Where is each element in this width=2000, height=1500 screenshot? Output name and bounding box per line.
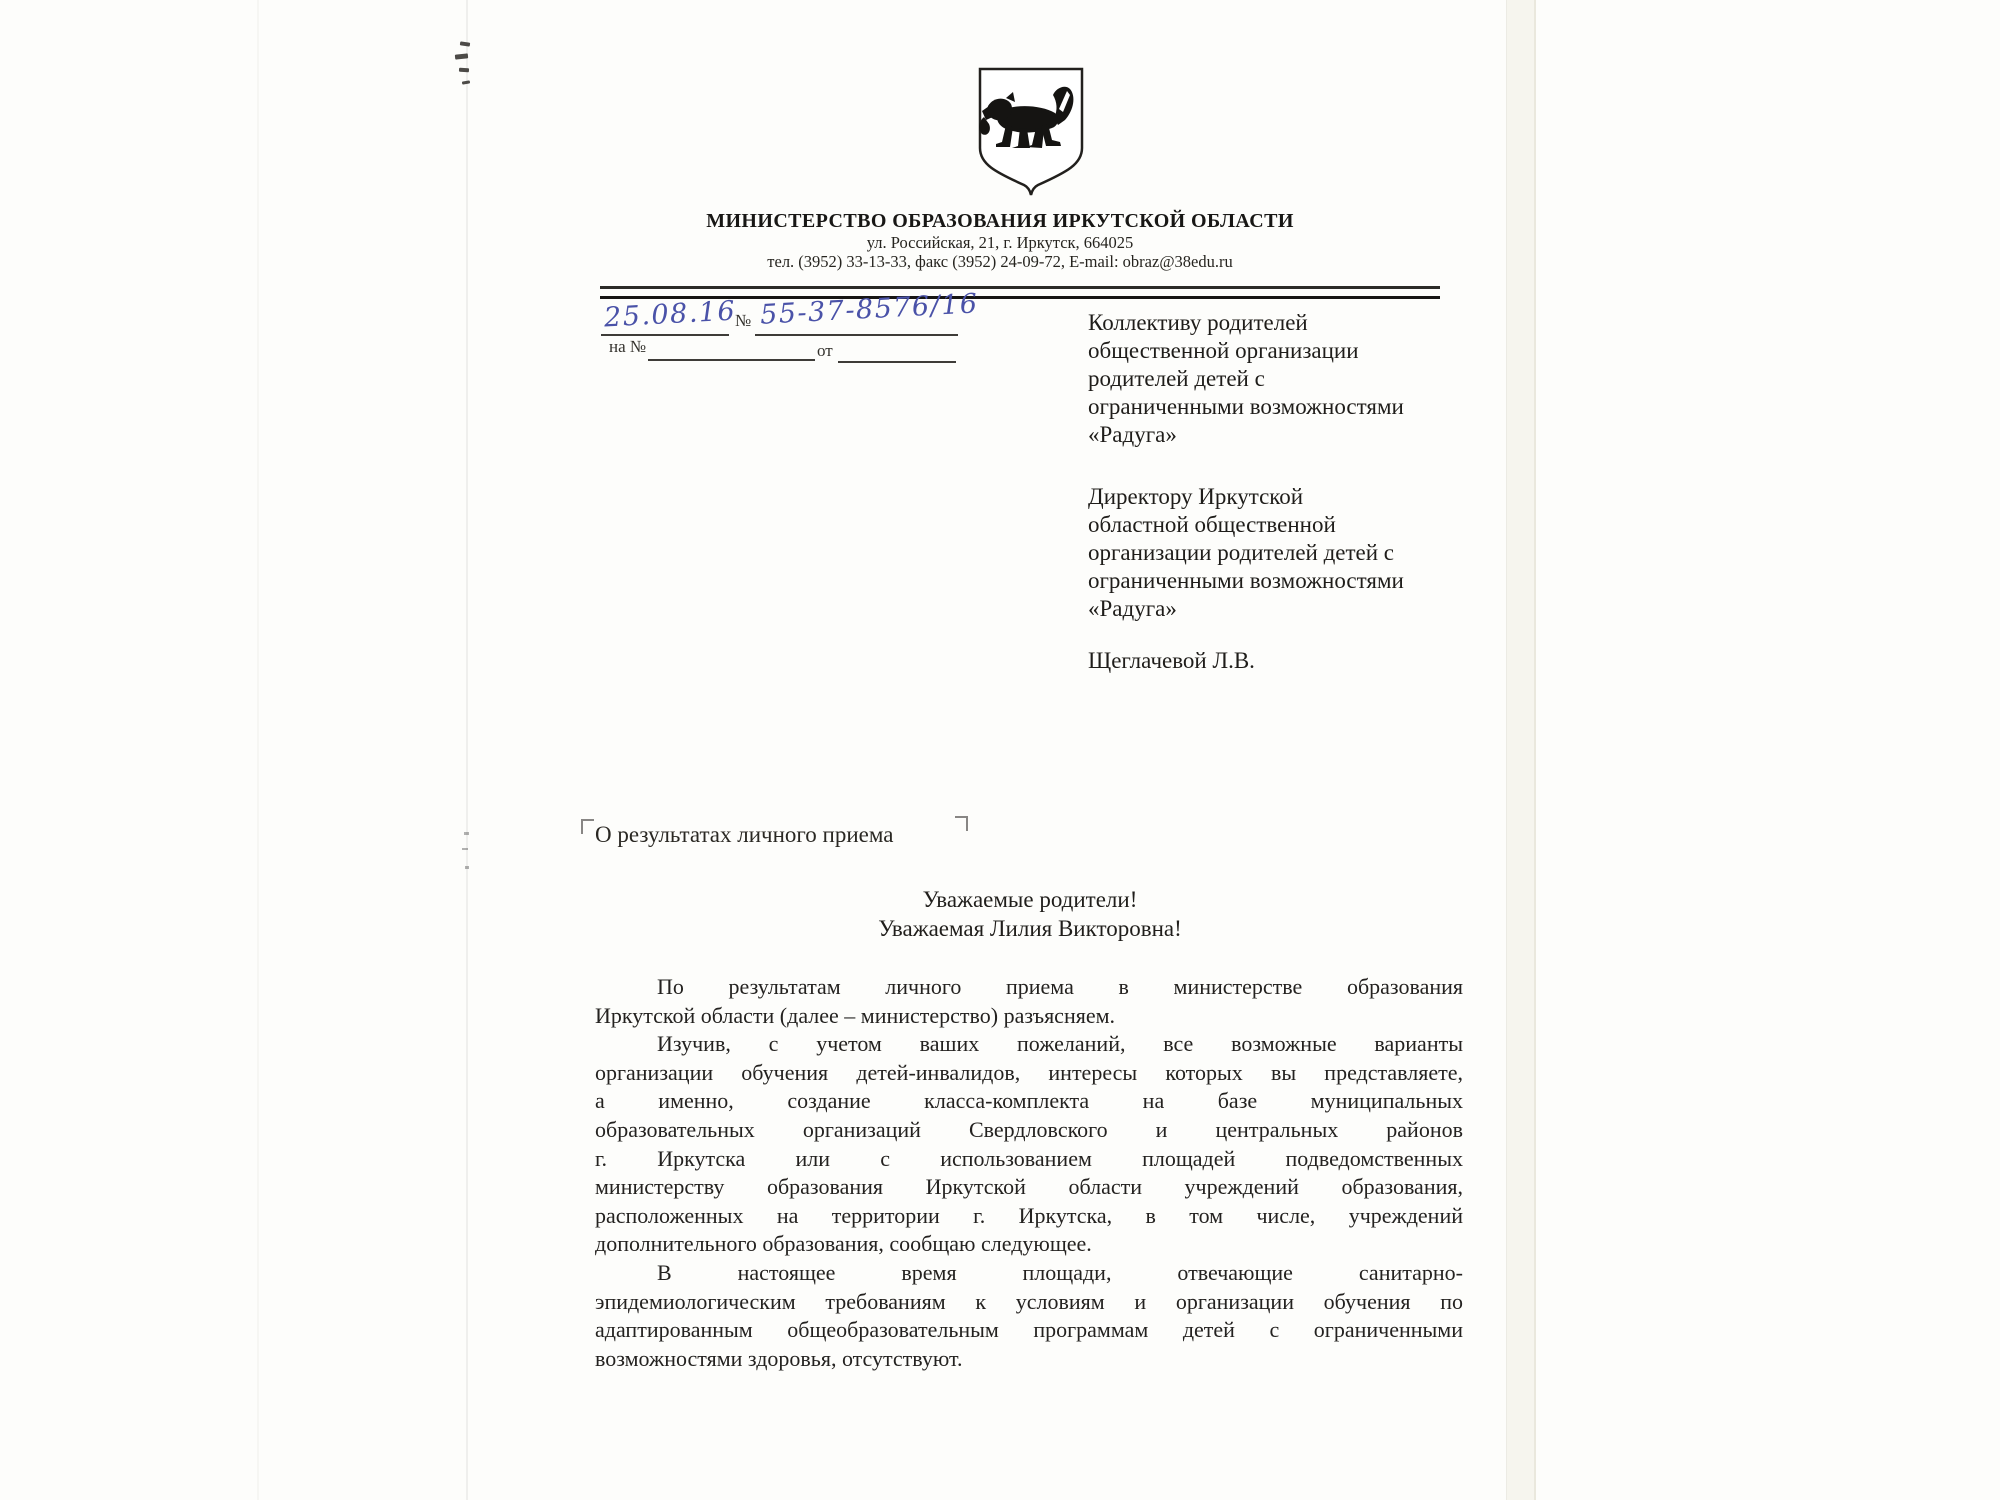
text-line: образовательных организаций Свердловског… <box>595 1116 1463 1145</box>
letterhead-contacts: тел. (3952) 33-13-33, факс (3952) 24-09-… <box>560 253 1440 272</box>
text-line: «Радуга» <box>1088 595 1448 623</box>
staple-mark <box>462 80 470 84</box>
subject-line: О результатах личного приема <box>595 822 893 848</box>
staple-mark <box>459 68 469 73</box>
corner-mark-left-icon <box>581 819 594 834</box>
irkutsk-coat-of-arms-babr-icon <box>968 62 1094 202</box>
letterhead-address: ул. Российская, 21, г. Иркутск, 664025 <box>560 234 1440 253</box>
scan-speck <box>462 848 468 850</box>
salutation-line-director: Уважаемая Лилия Викторовна! <box>595 914 1465 943</box>
staple-mark <box>460 41 470 46</box>
ministry-name: МИНИСТЕРСТВО ОБРАЗОВАНИЯ ИРКУТСКОЙ ОБЛАС… <box>560 208 1440 234</box>
addressee-name: Щеглачевой Л.В. <box>1088 648 1255 674</box>
text-line: общественной организации <box>1088 337 1448 365</box>
text-line: По результатам личного приема в министер… <box>595 973 1463 1002</box>
scanned-letter-page: МИНИСТЕРСТВО ОБРАЗОВАНИЯ ИРКУТСКОЙ ОБЛАС… <box>0 0 2000 1500</box>
text-line: В настоящее время площади, отвечающие са… <box>595 1259 1463 1288</box>
number-sign-label: № <box>735 311 751 331</box>
text-line: ограниченными возможностями <box>1088 567 1448 595</box>
reply-number-underline <box>648 338 815 361</box>
text-line: возможностями здоровья, отсутствуют. <box>595 1345 1463 1374</box>
text-line: Изучив, с учетом ваших пожеланий, все во… <box>595 1030 1463 1059</box>
text-line: эпидемиологическим требованиям к условия… <box>595 1288 1463 1317</box>
letterhead: МИНИСТЕРСТВО ОБРАЗОВАНИЯ ИРКУТСКОЙ ОБЛАС… <box>560 208 1440 271</box>
text-line: адаптированным общеобразовательным прогр… <box>595 1316 1463 1345</box>
fold-crease <box>466 0 468 1500</box>
salutation: Уважаемые родители! Уважаемая Лилия Викт… <box>595 885 1465 943</box>
text-line: «Радуга» <box>1088 421 1448 449</box>
text-line: организации обучения детей-инвалидов, ин… <box>595 1059 1463 1088</box>
scan-speck <box>465 866 469 869</box>
text-line: расположенных на территории г. Иркутска,… <box>595 1202 1463 1231</box>
subject-text: О результатах личного приема <box>595 822 893 847</box>
recipient-block-parents-collective: Коллективу родителейобщественной организ… <box>1088 309 1448 449</box>
text-line: министерству образования Иркутской облас… <box>595 1173 1463 1202</box>
text-line: а именно, создание класса-комплекта на б… <box>595 1087 1463 1116</box>
reply-to-number-label: на № <box>609 337 646 357</box>
text-line: Иркутской области (далее – министерство)… <box>595 1002 1463 1031</box>
page-right-edge <box>1506 0 1536 1500</box>
text-line: г. Иркутска или с использованием площаде… <box>595 1145 1463 1174</box>
text-line: ограниченными возможностями <box>1088 393 1448 421</box>
text-line: дополнительного образования, сообщаю сле… <box>595 1230 1463 1259</box>
scan-speck <box>464 832 469 835</box>
text-line: Коллективу родителей <box>1088 309 1448 337</box>
text-line: областной общественной <box>1088 511 1448 539</box>
text-line: родителей детей с <box>1088 365 1448 393</box>
text-line: организации родителей детей с <box>1088 539 1448 567</box>
salutation-line-parents: Уважаемые родители! <box>595 885 1465 914</box>
page-left-edge <box>257 0 259 1500</box>
letter-body: По результатам личного приема в министер… <box>595 973 1463 1373</box>
reply-date-label: от <box>817 341 833 361</box>
text-line: Директору Иркутской <box>1088 483 1448 511</box>
corner-mark-right-icon <box>955 816 968 831</box>
reply-date-underline <box>838 340 956 363</box>
recipient-block-director: Директору Иркутскойобластной общественно… <box>1088 483 1448 623</box>
